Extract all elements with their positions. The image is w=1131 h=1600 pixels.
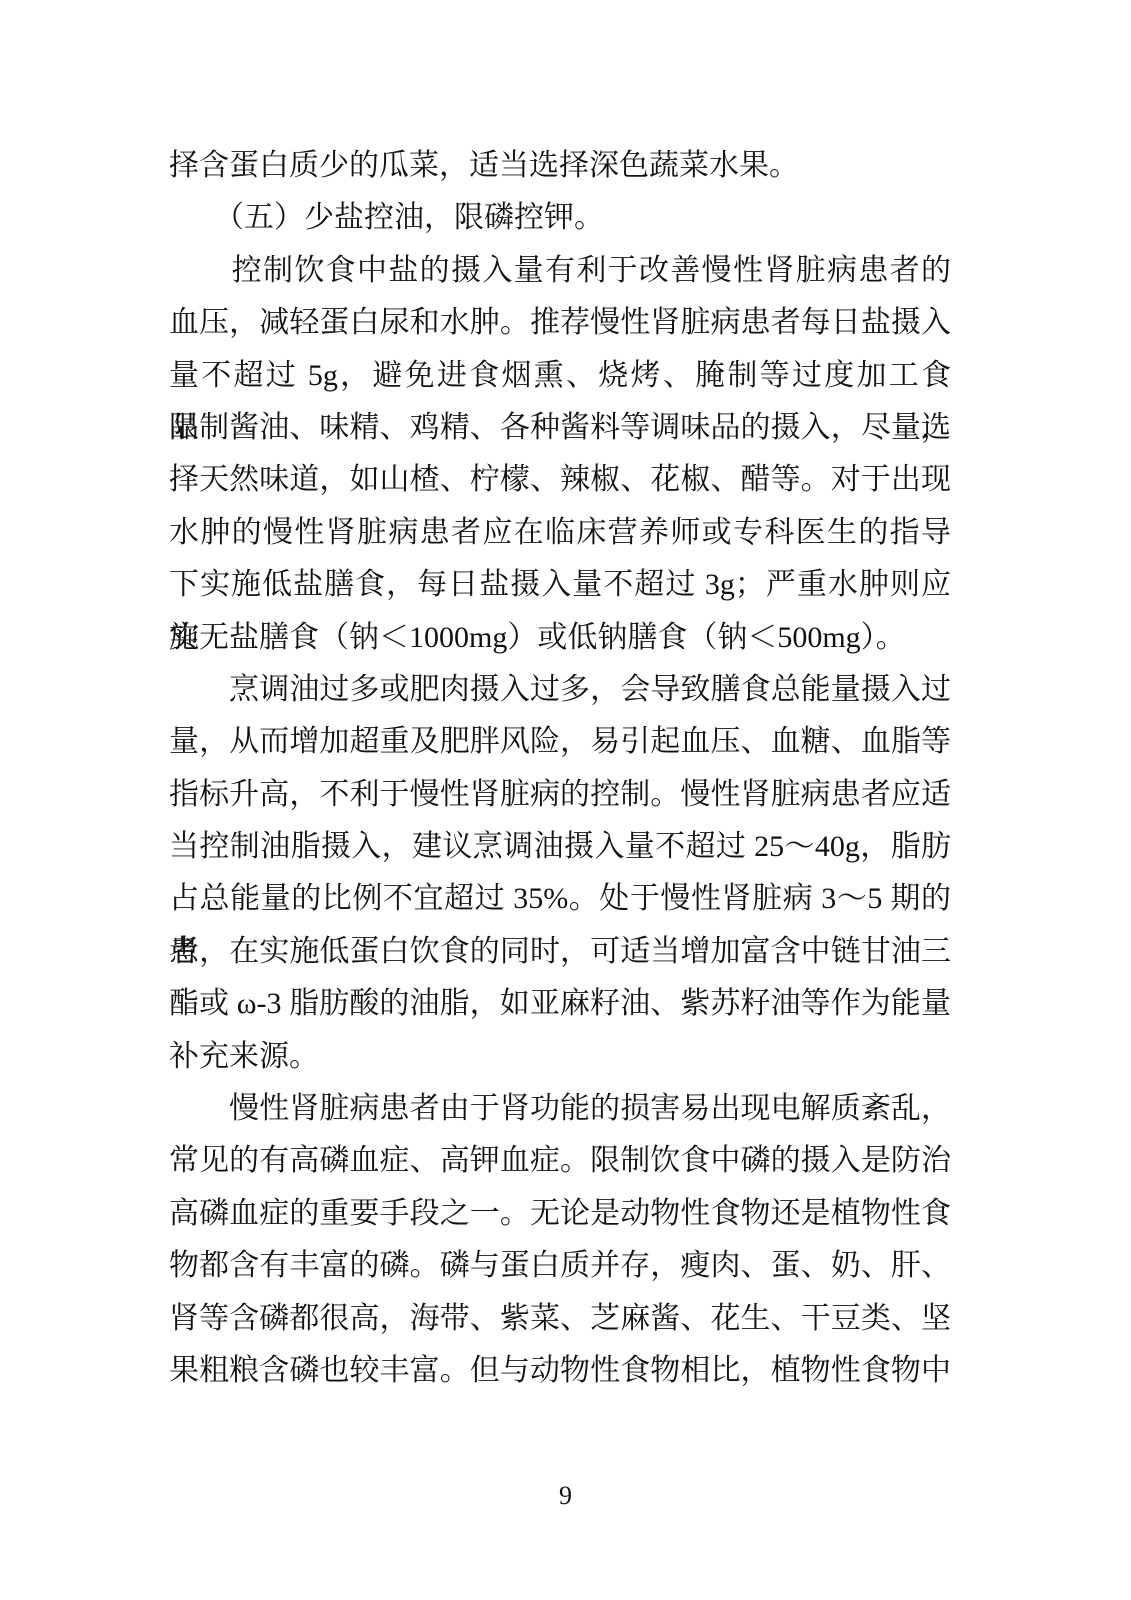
text-line: 慢性肾脏病患者由于肾功能的损害易出现电解质紊乱， (169, 1083, 951, 1135)
section-heading: （五）少盐控油，限磷控钾。 (169, 192, 951, 244)
text-line: 补充来源。 (169, 1031, 951, 1083)
text-line: 者，在实施低蛋白饮食的同时，可适当增加富含中链甘油三 (169, 926, 951, 978)
text-line: 肾等含磷都很高，海带、紫菜、芝麻酱、花生、干豆类、坚 (169, 1293, 951, 1345)
text-line: 控制饮食中盐的摄入量有利于改善慢性肾脏病患者的 (169, 245, 951, 297)
text-line: 水肿的慢性肾脏病患者应在临床营养师或专科医生的指导 (169, 507, 951, 559)
text-line: 限制酱油、味精、鸡精、各种酱料等调味品的摄入，尽量选 (169, 402, 951, 454)
text-line: 高磷血症的重要手段之一。无论是动物性食物还是植物性食 (169, 1188, 951, 1240)
text-line: 物都含有丰富的磷。磷与蛋白质并存，瘦肉、蛋、奶、肝、 (169, 1240, 951, 1292)
text-line: 血压，减轻蛋白尿和水肿。推荐慢性肾脏病患者每日盐摄入 (169, 297, 951, 349)
text-line: 常见的有高磷血症、高钾血症。限制饮食中磷的摄入是防治 (169, 1135, 951, 1187)
text-line: 果粗粮含磷也较丰富。但与动物性食物相比，植物性食物中 (169, 1345, 951, 1397)
text-line: 占总能量的比例不宜超过 35%。处于慢性肾脏病 3～5 期的患 (169, 873, 951, 925)
text-line: 指标升高，不利于慢性肾脏病的控制。慢性肾脏病患者应适 (169, 769, 951, 821)
document-page: 择含蛋白质少的瓜菜，适当选择深色蔬菜水果。 （五）少盐控油，限磷控钾。 控制饮食… (0, 0, 1131, 1600)
text-line: 量，从而增加超重及肥胖风险，易引起血压、血糖、血脂等 (169, 716, 951, 768)
text-line: 烹调油过多或肥肉摄入过多，会导致膳食总能量摄入过 (169, 664, 951, 716)
page-number: 9 (0, 1476, 1131, 1516)
text-line: 择含蛋白质少的瓜菜，适当选择深色蔬菜水果。 (169, 140, 951, 192)
text-line: 量不超过 5g，避免进食烟熏、烧烤、腌制等过度加工食品， (169, 350, 951, 402)
text-line: 施无盐膳食（钠＜1000mg）或低钠膳食（钠＜500mg）。 (169, 612, 951, 664)
text-line: 当控制油脂摄入，建议烹调油摄入量不超过 25～40g，脂肪 (169, 821, 951, 873)
text-line: 择天然味道，如山楂、柠檬、辣椒、花椒、醋等。对于出现 (169, 454, 951, 506)
text-line: 下实施低盐膳食，每日盐摄入量不超过 3g；严重水肿则应实 (169, 559, 951, 611)
document-body: 择含蛋白质少的瓜菜，适当选择深色蔬菜水果。 （五）少盐控油，限磷控钾。 控制饮食… (169, 140, 951, 1397)
text-line: 酯或 ω-3 脂肪酸的油脂，如亚麻籽油、紫苏籽油等作为能量 (169, 978, 951, 1030)
